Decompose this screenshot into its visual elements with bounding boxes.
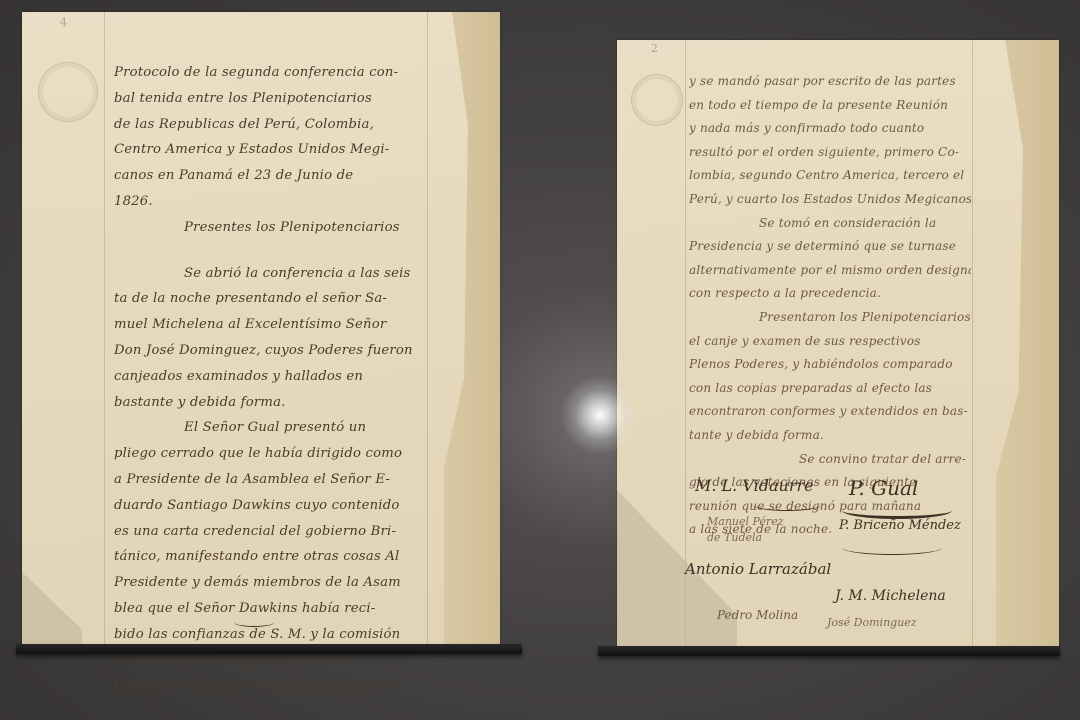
text-line: alternativamente por el mismo orden desi… [689, 259, 971, 283]
right-manuscript-page: 2 y se mandó pasar por escrito de las pa… [617, 40, 1059, 646]
margin-rule-left [685, 40, 686, 646]
text-line: tánico, manifestando entre otras cosas A… [114, 544, 424, 570]
text-line: Se convino tratar del arre- [689, 448, 971, 472]
rubric-flourish-icon [842, 540, 942, 555]
margin-rule-right [972, 40, 973, 646]
text-line: con las copias preparadas al efecto las [689, 377, 971, 401]
left-manuscript-page: 4 Protocolo de la segunda conferencia co… [22, 12, 500, 644]
text-line: Presidente y demás miembros de la Asam [114, 570, 424, 596]
embossed-seal-icon [38, 62, 98, 122]
text-line: con respecto a la precedencia. [689, 282, 971, 306]
signature-briceno-mendez: P. Briceño Méndez [839, 518, 961, 533]
text-line: Perú, y cuarto los Estados Unidos Megica… [689, 188, 971, 212]
text-line: Presentaron los Plenipotenciarios [689, 306, 971, 330]
text-line: es una carta credencial del gobierno Bri… [114, 519, 424, 545]
left-display-shelf [16, 644, 522, 654]
folio-number: 2 [651, 42, 658, 55]
text-line: duardo Santiago Dawkins cuyo contenido [114, 493, 424, 519]
text-line: blea que el Señor Dawkins había reci- [114, 596, 424, 622]
text-line: El Señor Gual presentó un [114, 415, 424, 441]
signature-perez-tudela: Manuel Pérez de Tudela [707, 514, 797, 546]
text-line: 1826. [114, 189, 424, 215]
text-line: bal tenida entre los Plenipotenciarios [114, 86, 424, 112]
text-line: Presidencia y se determinó que se turnas… [689, 235, 971, 259]
right-display-shelf [598, 646, 1060, 656]
torn-corner [22, 572, 82, 644]
text-line: a Presidente de la Asamblea el Señor E- [114, 467, 424, 493]
folio-number: 4 [60, 16, 67, 29]
text-line: Presentes los Plenipotenciarios [114, 215, 424, 241]
text-line: Protocolo de la segunda conferencia con- [114, 60, 424, 86]
text-line: Centro America y Estados Unidos Megi- [114, 137, 424, 163]
text-line: bastante y debida forma. [114, 390, 424, 416]
text-line: Se tomó en consideración la [689, 212, 971, 236]
text-line: canjeados examinados y hallados en [114, 364, 424, 390]
text-line: tante y debida forma. [689, 424, 971, 448]
text-line: Don José Dominguez, cuyos Poderes fueron [114, 338, 424, 364]
text-line: encontraron conformes y extendidos en ba… [689, 400, 971, 424]
text-line: y se mandó pasar por escrito de las part… [689, 70, 971, 94]
text-line: Se abrió la conferencia a las seis [114, 261, 424, 287]
text-line: en todo el tiempo de la presente Reunión [689, 94, 971, 118]
text-line: de las Republicas del Perú, Colombia, [114, 112, 424, 138]
right-page-text: y se mandó pasar por escrito de las part… [689, 70, 971, 542]
rubric-flourish-icon [752, 498, 822, 511]
left-page-text: Protocolo de la segunda conferencia con-… [114, 60, 424, 699]
text-line: lombia, segundo Centro America, tercero … [689, 164, 971, 188]
signature-gual: P. Gual [849, 476, 918, 500]
signature-dominguez: José Dominguez [827, 616, 917, 629]
signature-molina: Pedro Molina [717, 608, 798, 622]
margin-rule-left [104, 12, 105, 644]
text-line: tuviese formado el Congreso de los Pleni… [114, 673, 424, 699]
paper-stain [969, 40, 1059, 646]
margin-rule-right [427, 12, 428, 644]
embossed-seal-icon [631, 74, 683, 126]
text-line: pliego cerrado que le había dirigido com… [114, 441, 424, 467]
text-line: ta de la noche presentando el señor Sa- [114, 286, 424, 312]
text-line: muel Michelena al Excelentísimo Señor [114, 312, 424, 338]
signature-larrazabal: Antonio Larrazábal [685, 560, 831, 578]
text-line: Plenos Poderes, y habiéndolos comparado [689, 353, 971, 377]
text-line: resultó por el orden siguiente, primero … [689, 141, 971, 165]
signature-michelena: J. M. Michelena [835, 588, 946, 604]
rubric-flourish-icon [842, 502, 952, 519]
text-line: y nada más y confirmado todo cuanto [689, 117, 971, 141]
text-line: canos en Panamá el 23 de Junio de [114, 163, 424, 189]
paper-stain [420, 12, 500, 644]
signature-vidaurre: M. L. Vidaurre [695, 476, 814, 495]
text-line: el canje y examen de sus respectivos [689, 330, 971, 354]
rubric-flourish-icon [234, 618, 274, 627]
